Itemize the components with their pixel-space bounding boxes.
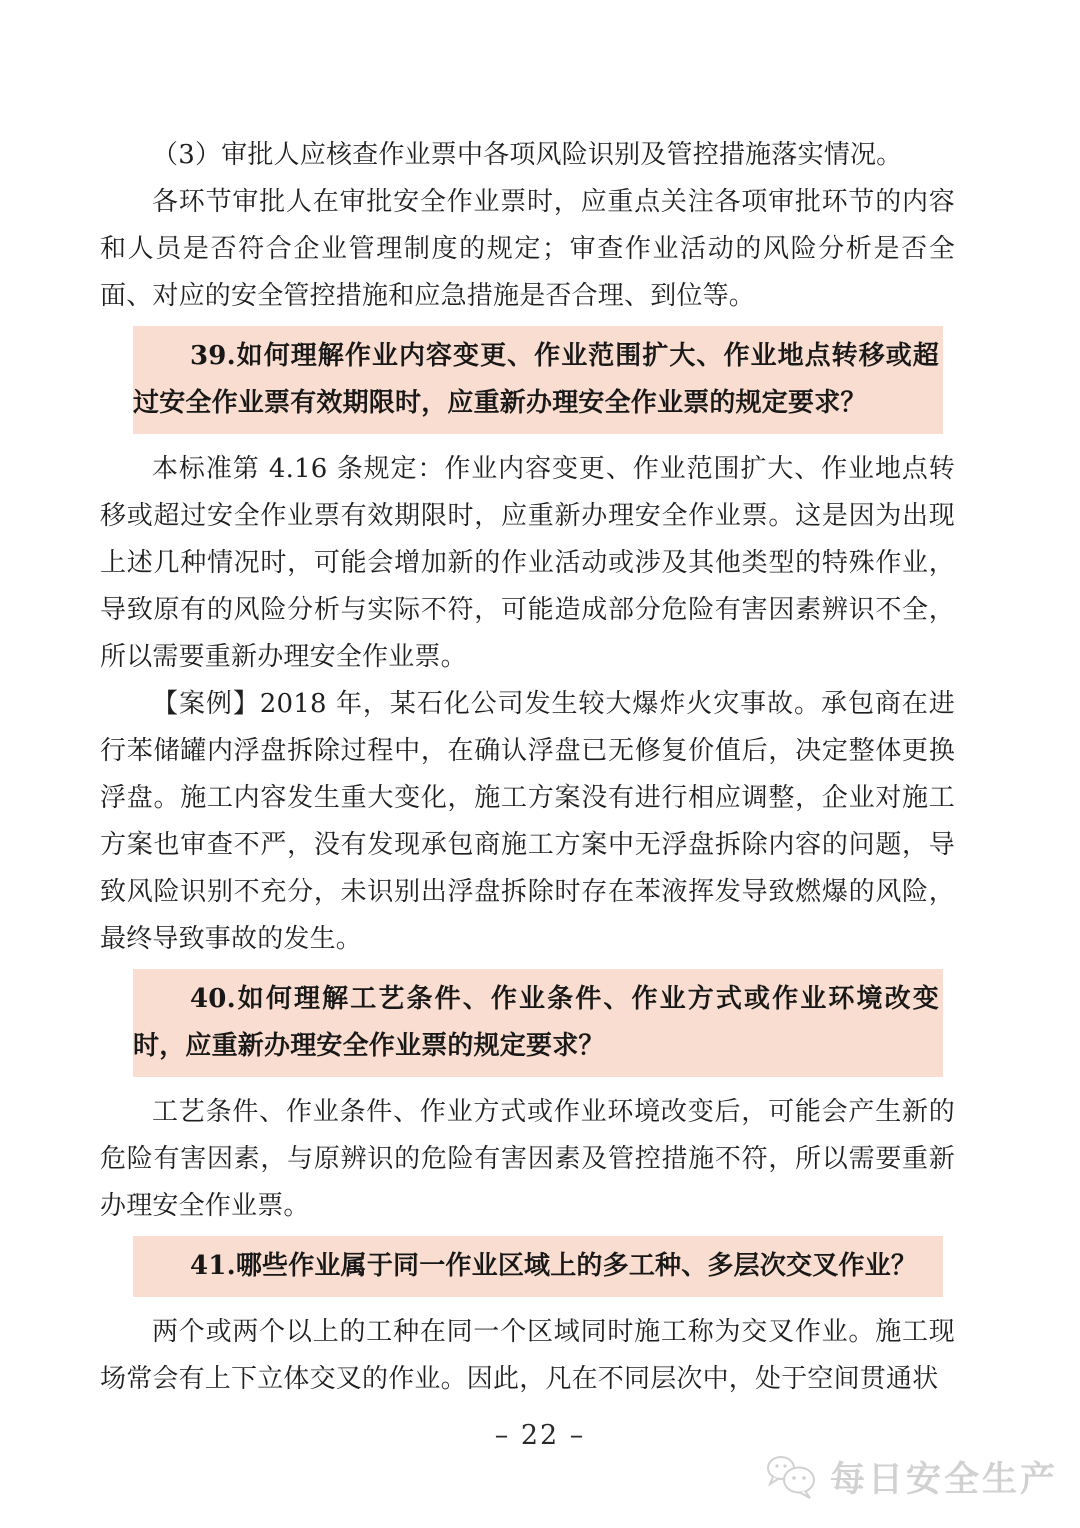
watermark-label: 每日安全生产	[830, 1452, 1058, 1502]
footer-page-number: – 22 –	[0, 1420, 1080, 1451]
question-heading-41: 41.哪些作业属于同一作业区域上的多工种、多层次交叉作业？	[133, 1236, 943, 1297]
paragraph-case-example: 【案例】2018 年，某石化公司发生较大爆炸火灾事故。承包商在进行苯储罐内浮盘拆…	[100, 681, 955, 963]
paragraph: 两个或两个以上的工种在同一个区域同时施工称为交叉作业。施工现场常会有上下立体交叉…	[100, 1309, 955, 1403]
paragraph: 各环节审批人在审批安全作业票时，应重点关注各项审批环节的内容和人员是否符合企业管…	[100, 179, 955, 320]
question-heading-39: 39.如何理解作业内容变更、作业范围扩大、作业地点转移或超过安全作业票有效期限时…	[133, 326, 943, 434]
document-page: { "colors": { "highlight_bg": "#f9ddd0",…	[0, 0, 1080, 1528]
page-content: （3）审批人应核查作业票中各项风险识别及管控措施落实情况。 各环节审批人在审批安…	[100, 132, 955, 1403]
paragraph: 本标准第 4.16 条规定：作业内容变更、作业范围扩大、作业地点转移或超过安全作…	[100, 446, 955, 681]
paragraph: 工艺条件、作业条件、作业方式或作业环境改变后，可能会产生新的危险有害因素，与原辨…	[100, 1089, 955, 1230]
paragraph: （3）审批人应核查作业票中各项风险识别及管控措施落实情况。	[100, 132, 955, 179]
watermark: 每日安全生产	[764, 1452, 1058, 1502]
question-heading-40: 40.如何理解工艺条件、作业条件、作业方式或作业环境改变时，应重新办理安全作业票…	[133, 969, 943, 1077]
wechat-icon	[764, 1453, 822, 1501]
